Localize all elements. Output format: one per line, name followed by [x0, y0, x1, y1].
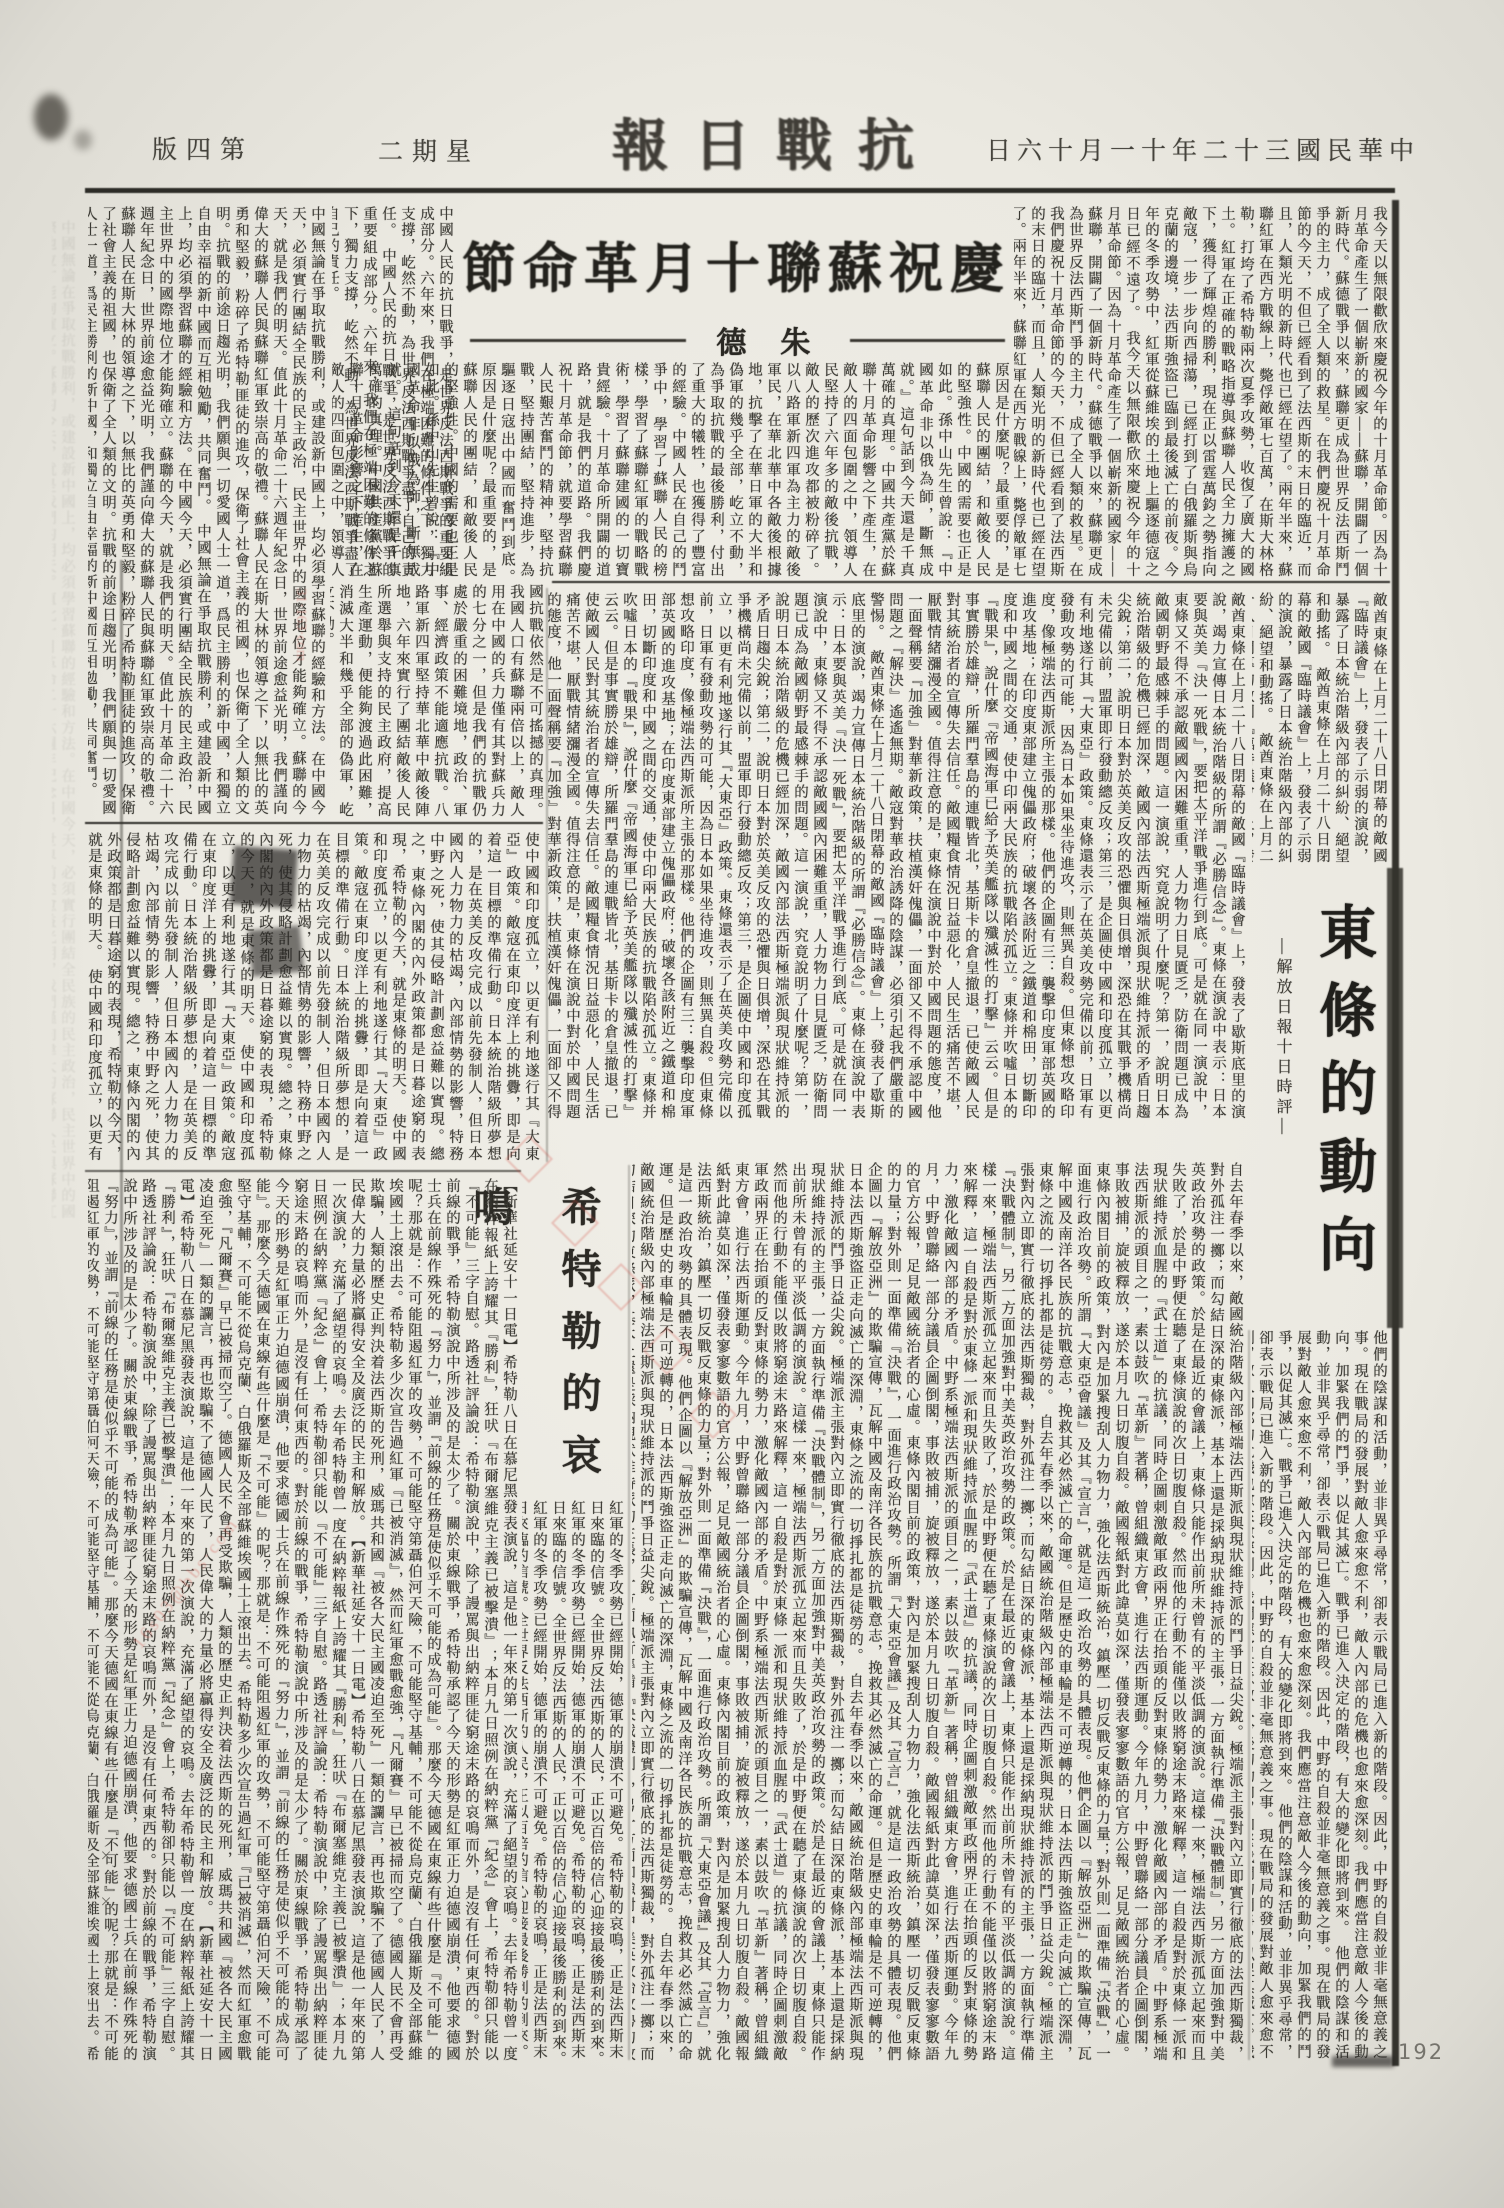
tojo-intro: 敵酋東條在上月二十八日閉幕的敵國『臨時議會』上，發表了示弱的演說，暴露了日本統治…	[1252, 592, 1388, 864]
scan-blot-topleft	[34, 94, 68, 140]
hitler-body: 【新華社延安十一日電】希特勒八日在慕尼黑發表演說，這是他一年來的第一次演說，充滿…	[88, 1178, 518, 2062]
section-rule-2	[85, 822, 543, 824]
tojo-body-upper: 敵酋東條在上月二十八日閉幕的敵國『臨時議會』上，發表了歇斯底里的演說，竭力宣傳日…	[548, 592, 1246, 1120]
tojo-headline: 東條的動向	[1302, 902, 1384, 1312]
tojo-body-left-end: 使中國和印度孤立，以更有利地遂行其『大東亞』政策。敵寇在東印度洋上的挑釁，即是向…	[88, 832, 540, 1162]
masthead-logo: 報日戰抗	[612, 102, 940, 182]
tojo-body-lower: 自去年春季以來，敵國統治階級內部極端法西斯派與現狀維持派的鬥爭日益尖銳。極端派主…	[632, 1162, 1244, 2062]
mid-column-rule	[546, 588, 548, 1162]
zhude-byline-name: 德朱	[686, 318, 850, 362]
zhude-body-left-lower: 國抗戰依然是不可搖撼的真理。我國人口有蘇聯兩倍以上，敵人用在中國的兵力僅有其對蘇…	[330, 584, 544, 818]
zhude-body-middle-left: 中國人民的抗日戰爭，是世界反法西斯戰爭的重要組成部分。六年來，我們在極端困難的條…	[332, 206, 454, 578]
zhude-body-opening: 我今天以無限歡欣來慶祝今年的十月革命節。因為十月革命產生了一個嶄新的國家——蘇聯…	[1014, 206, 1388, 578]
zhude-byline: 德朱	[470, 322, 1005, 358]
weekday-label: 二期星	[378, 132, 480, 168]
tojo-subtitle: —解放日報十日時評—	[1268, 938, 1296, 1308]
zhude-body-left: 中國無論在爭取抗戰勝利，或建設新中國上，均必須學習蘇聯的經驗和方法。在中國今天，…	[88, 206, 326, 816]
section-rule-1	[552, 581, 1390, 583]
page-number: 192	[1398, 2040, 1444, 2064]
masthead-rule	[85, 188, 1395, 193]
hitler-headline: 希特勒的哀鳴	[534, 1186, 622, 1486]
hitler-body-end: 紅軍的冬季攻勢已經開始，德軍的崩潰不可避免。希特勒的哀鳴，正是法西斯末日來臨的信…	[522, 1500, 624, 2060]
tojo-body-right-strip: 他們的陰謀和活動，並非異乎尋常，卻表示戰局已進入新的階段。因此，中野的自殺並非毫…	[1252, 1330, 1388, 2060]
zhude-headline: 節命革月十聯蘇祝慶	[462, 226, 1011, 303]
bleed-through-text: 中國無論在爭取抗戰勝利，或建設新中國上，均必須學習蘇聯的經驗和方法。在中國今天，…	[52, 220, 76, 1220]
section-rule-3	[85, 1170, 521, 1172]
cross-marks: × ×	[92, 1845, 121, 1975]
newspaper-page: 版四第 二期星 報日戰抗 日六十月一十年二十三國民華中 節命革月十聯蘇祝慶 德朱…	[0, 0, 1504, 2208]
hitler-column-rule	[628, 1165, 630, 2060]
byline-dash-right	[850, 339, 1005, 342]
byline-dash-left	[470, 339, 686, 342]
scan-blot-small	[74, 130, 92, 150]
date-line: 日六十月一十年二十三國民華中	[986, 131, 1420, 167]
strip-column-rule	[1248, 1330, 1250, 2060]
edition-label: 版四第	[152, 130, 254, 166]
left-column-rule	[120, 560, 123, 1310]
right-border-smudge	[1387, 868, 1403, 1328]
